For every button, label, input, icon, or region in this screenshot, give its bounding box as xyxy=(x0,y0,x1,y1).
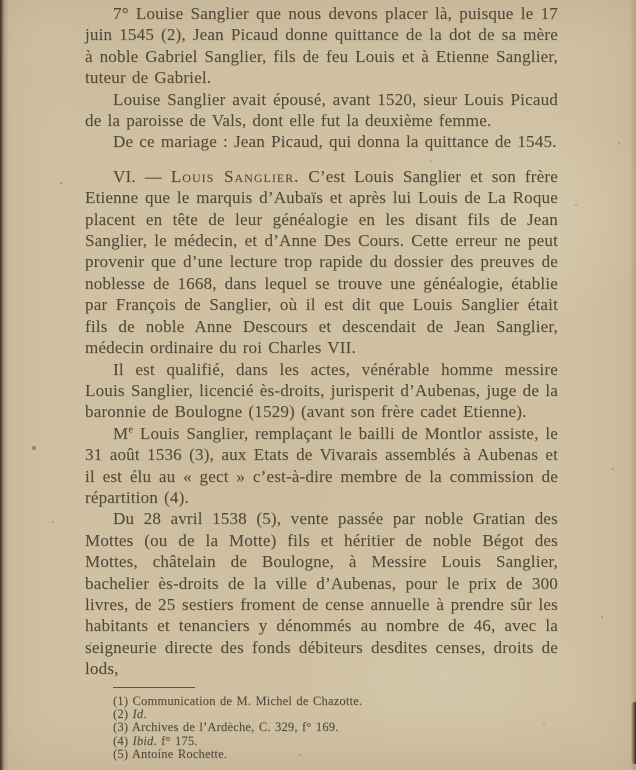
footnotes-list: (1) Communication de M. Michel de Chazot… xyxy=(113,695,558,762)
footnote-5-text: Antoine Rochette. xyxy=(128,747,227,761)
footnote-1-label: (1) xyxy=(113,694,128,708)
scanned-book-page: 7° Louise Sanglier que nous devons place… xyxy=(0,0,636,770)
footnote-2-italic: Id xyxy=(128,707,143,721)
footnote-2-label: (2) xyxy=(113,707,128,721)
paragraph-4-text: C’est Louis Sanglier et son frère Etienn… xyxy=(85,167,558,357)
paragraph-2: Louise Sanglier avait épousé, avant 1520… xyxy=(85,89,558,132)
paragraph-1-text: 7° Louise Sanglier que nous devons place… xyxy=(85,4,558,87)
footnote-1: (1) Communication de M. Michel de Chazot… xyxy=(113,695,558,708)
paragraph-3-text: De ce mariage : Jean Picaud, qui donna l… xyxy=(113,132,557,151)
paragraph-5-text: Il est qualifié, dans les actes, vénérab… xyxy=(85,360,558,422)
page-left-edge-shadow xyxy=(0,0,9,770)
footnote-4-label: (4) xyxy=(113,734,128,748)
footnote-5-label: (5) xyxy=(113,747,128,761)
paragraph-5: Il est qualifié, dans les actes, vénérab… xyxy=(85,359,558,423)
footnote-5: (5) Antoine Rochette. xyxy=(113,748,558,761)
footnote-4-italic: Ibid xyxy=(128,734,153,748)
footnote-3-text: Archives de l’Ardèche, C. 329, f° 169. xyxy=(128,720,338,734)
paragraph-6-text: Louis Sanglier, remplaçant le bailli de … xyxy=(85,424,558,507)
paragraph-6: Me Louis Sanglier, remplaçant le bailli … xyxy=(85,423,558,509)
footnote-2-text: . xyxy=(143,707,146,721)
footnote-2: (2) Id. xyxy=(113,708,558,721)
paragraph-4-section-vi: VI. — Louis Sanglier. C’est Louis Sangli… xyxy=(85,166,558,359)
paragraph-3: De ce mariage : Jean Picaud, qui donna l… xyxy=(85,131,558,152)
footnote-4-text: . f° 175. xyxy=(153,734,197,748)
paragraph-1: 7° Louise Sanglier que nous devons place… xyxy=(85,3,558,89)
paragraph-2-text: Louise Sanglier avait épousé, avant 1520… xyxy=(85,90,558,130)
page-right-edge-dark-mark xyxy=(631,702,636,764)
paragraph-6-initial: M xyxy=(113,424,128,443)
footnote-block: (1) Communication de M. Michel de Chazot… xyxy=(85,687,558,762)
footnote-1-text: Communication de M. Michel de Chazotte. xyxy=(128,694,362,708)
footnote-3: (3) Archives de l’Ardèche, C. 329, f° 16… xyxy=(113,721,558,734)
section-heading-louis-sanglier: Louis Sanglier. xyxy=(171,167,300,186)
section-number: VI. — xyxy=(113,167,171,186)
paragraph-7: Du 28 avril 1538 (5), vente passée par n… xyxy=(85,508,558,679)
footnote-3-label: (3) xyxy=(113,720,128,734)
paragraph-7-text: Du 28 avril 1538 (5), vente passée par n… xyxy=(85,509,558,678)
page-right-edge-shadow xyxy=(630,0,636,770)
footnote-separator-rule xyxy=(113,687,195,688)
text-column: 7° Louise Sanglier que nous devons place… xyxy=(85,3,558,762)
footnote-4: (4) Ibid. f° 175. xyxy=(113,735,558,748)
